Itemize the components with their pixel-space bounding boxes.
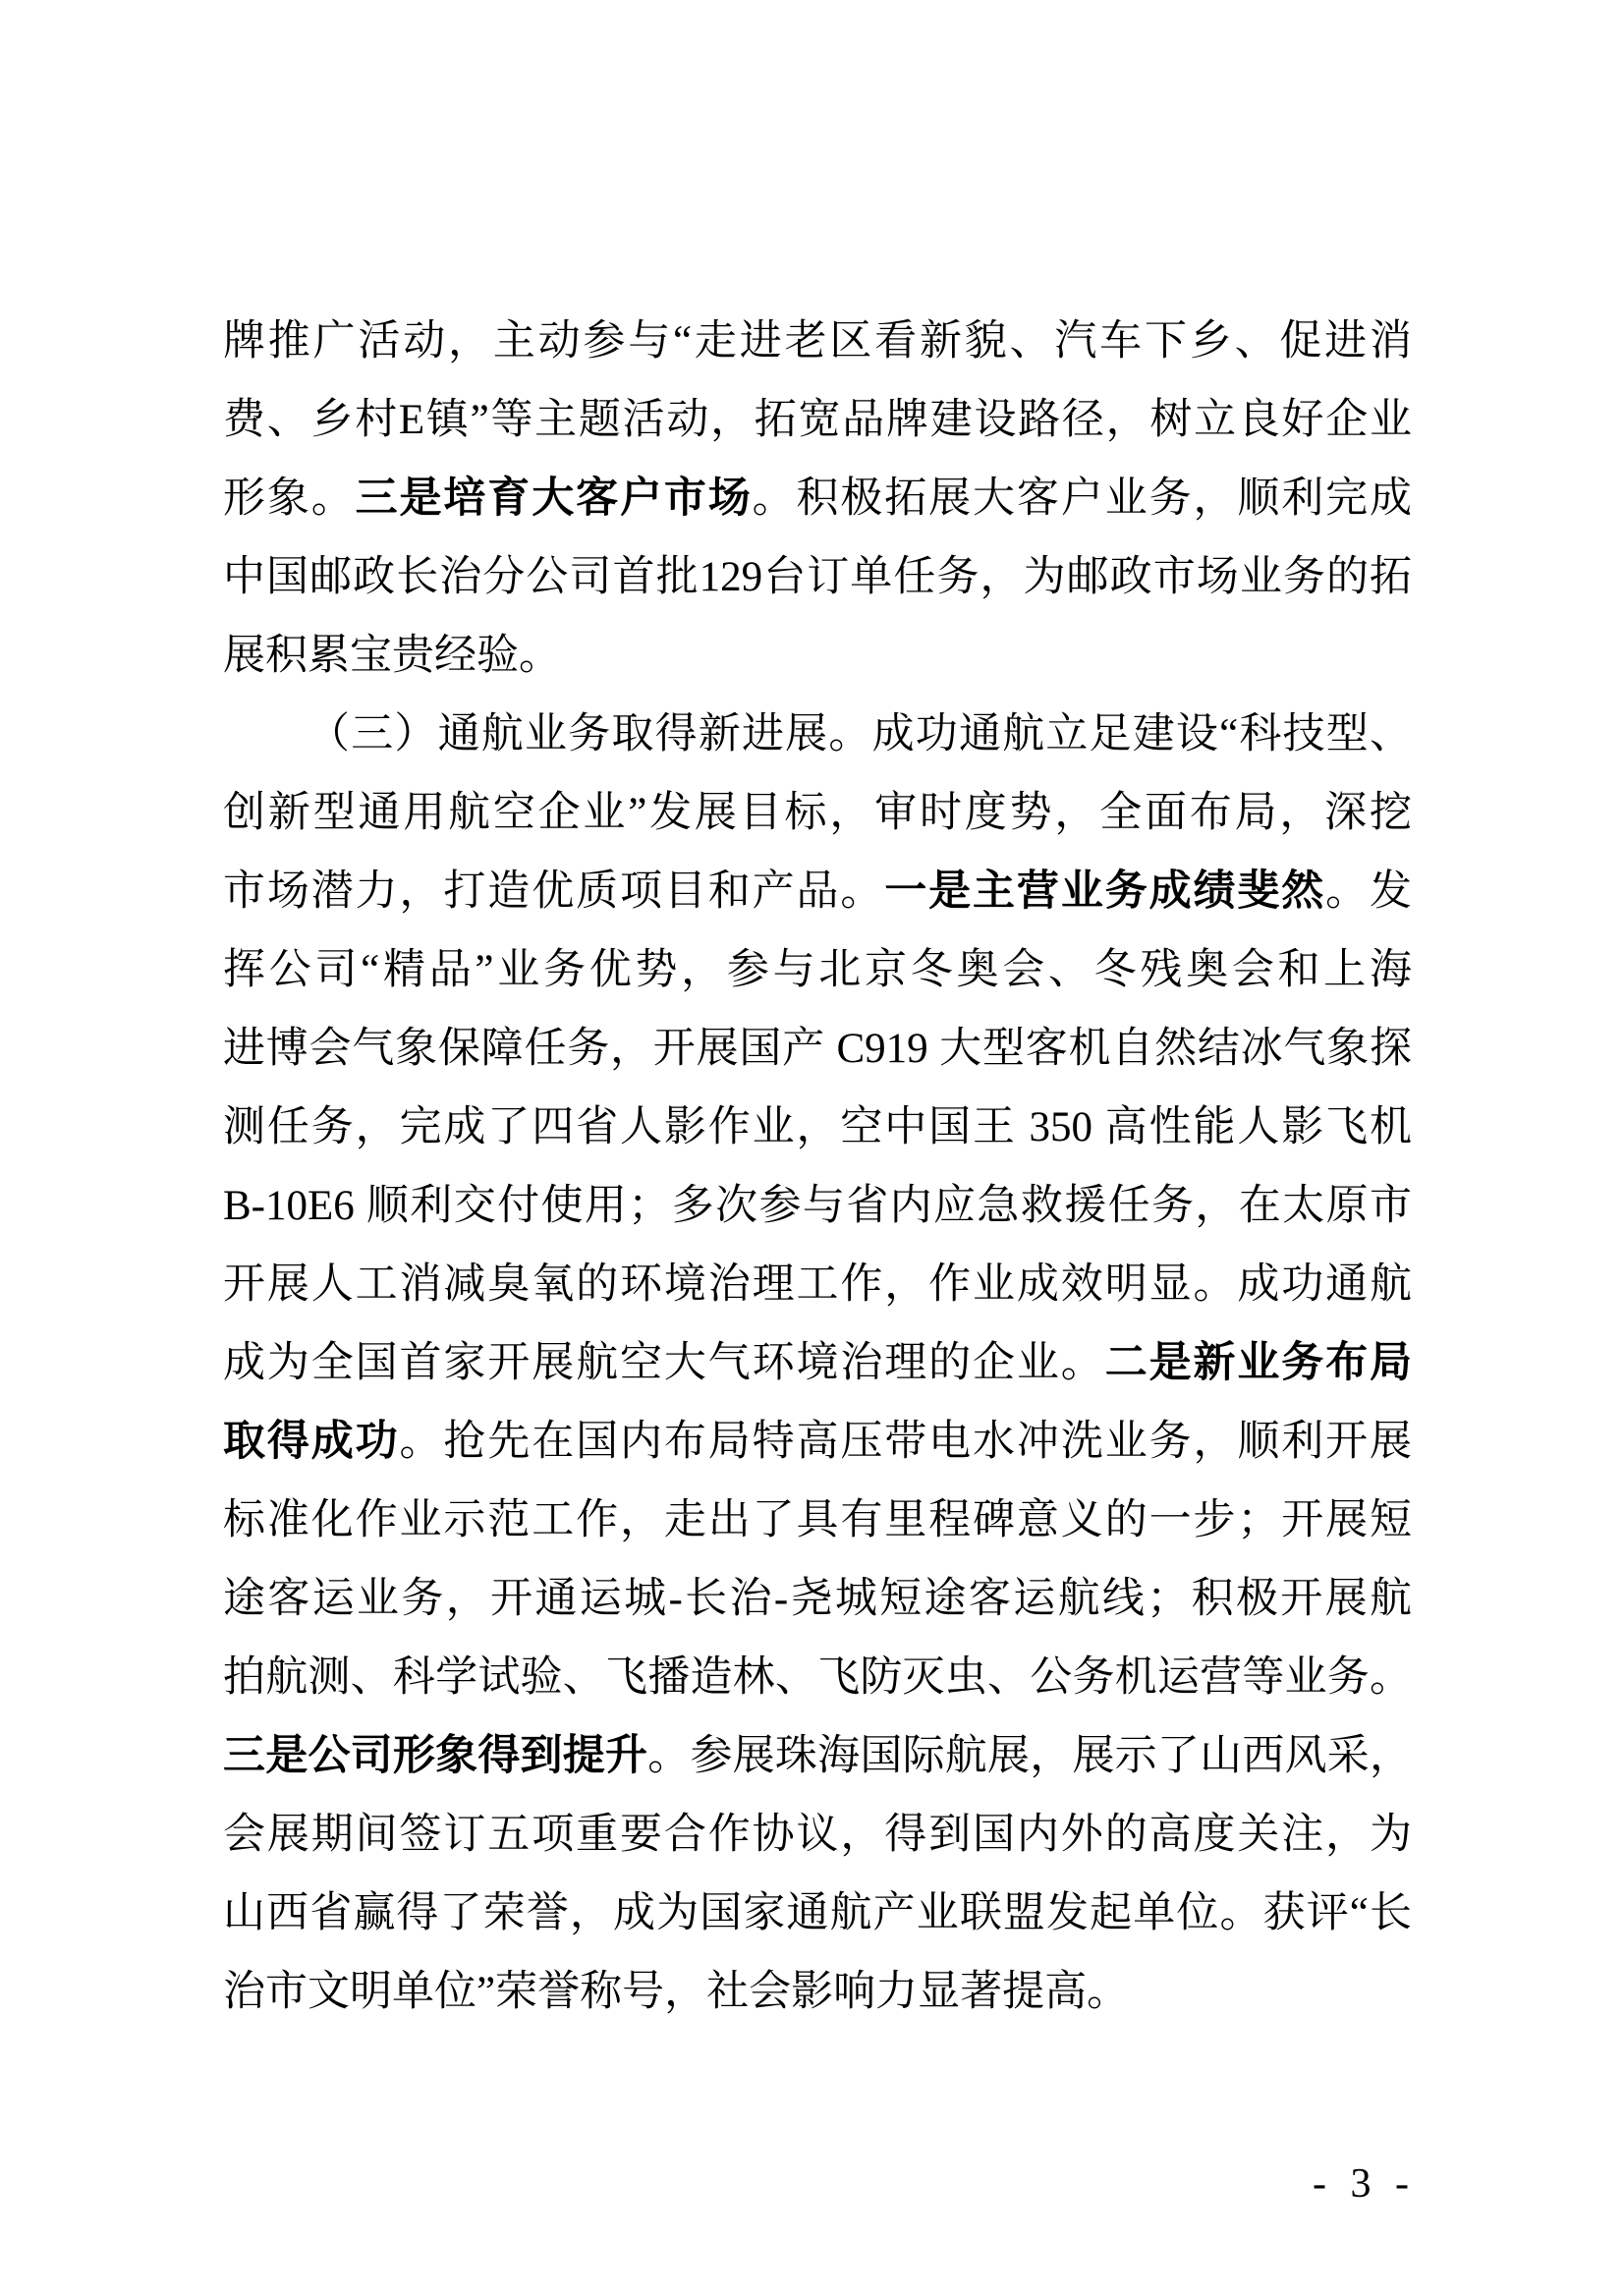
page-number: - 3 - — [1313, 2163, 1416, 2205]
body-text: 市场潜力，打造优质项目和产品。 — [223, 868, 884, 915]
body-text: 成为全国首家开展航空大气环境治理的企业。 — [223, 1340, 1105, 1386]
text-line: 展积累宝贵经验。 — [223, 617, 1412, 696]
body-text: 。抢先在国内布局特高压带电水冲洗业务，顺利开展 — [400, 1419, 1412, 1465]
text-line: 中国邮政长治分公司首批129台订单任务，为邮政市场业务的拓 — [223, 538, 1412, 617]
text-line: 山西省赢得了荣誉，成为国家通航产业联盟发起单位。获评“长 — [223, 1875, 1412, 1953]
body-text: 牌推广活动，主动参与“走进老区看新貌、汽车下乡、促进消 — [223, 318, 1412, 364]
bold-emphasis-text: 二是新业务布局 — [1105, 1340, 1412, 1386]
text-line: 成为全国首家开展航空大气环境治理的企业。二是新业务布局 — [223, 1324, 1412, 1403]
body-text: 进博会气象保障任务，开展国产 C919 大型客机自然结冰气象探 — [223, 1026, 1412, 1072]
body-text: 。发 — [1325, 868, 1412, 915]
text-line: 市场潜力，打造优质项目和产品。一是主营业务成绩斐然。发 — [223, 853, 1412, 931]
text-line: 会展期间签订五项重要合作协议，得到国内外的高度关注，为 — [223, 1796, 1412, 1875]
bold-emphasis-text: 取得成功 — [223, 1419, 400, 1465]
text-line: 进博会气象保障任务，开展国产 C919 大型客机自然结冰气象探 — [223, 1010, 1412, 1089]
body-text: 拍航测、科学试验、飞播造林、飞防灭虫、公务机运营等业务。 — [223, 1654, 1412, 1701]
text-line: 形象。三是培育大客户市场。积极拓展大客户业务，顺利完成 — [223, 460, 1412, 538]
body-text: 标准化作业示范工作，走出了具有里程碑意义的一步；开展短 — [223, 1497, 1412, 1543]
text-line: 牌推广活动，主动参与“走进老区看新貌、汽车下乡、促进消 — [223, 303, 1412, 381]
text-line: 途客运业务，开通运城-长治-尧城短途客运航线；积极开展航 — [223, 1560, 1412, 1639]
text-line: 三是公司形象得到提升。参展珠海国际航展，展示了山西风采， — [223, 1717, 1412, 1796]
body-text: 。参展珠海国际航展，展示了山西风采， — [647, 1733, 1412, 1779]
body-text: 创新型通用航空企业”发展目标，审时度势，全面布局，深挖 — [223, 790, 1412, 836]
body-text: 形象。 — [223, 476, 356, 522]
bold-emphasis-text: 一是主营业务成绩斐然 — [884, 868, 1325, 915]
text-line: 拍航测、科学试验、飞播造林、飞防灭虫、公务机运营等业务。 — [223, 1639, 1412, 1717]
text-line: 开展人工消减臭氧的环境治理工作，作业成效明显。成功通航 — [223, 1246, 1412, 1324]
body-text: 成功通航立足建设“科技型、 — [872, 711, 1412, 757]
text-line: 标准化作业示范工作，走出了具有里程碑意义的一步；开展短 — [223, 1482, 1412, 1560]
document-body: 牌推广活动，主动参与“走进老区看新貌、汽车下乡、促进消费、乡村E镇”等主题活动，… — [223, 303, 1412, 2032]
text-line: 测任务，完成了四省人影作业，空中国王 350 高性能人影飞机 — [223, 1089, 1412, 1167]
body-text: B-10E6 顺利交付使用；多次参与省内应急救援任务，在太原市 — [223, 1183, 1412, 1229]
body-text: 。积极拓展大客户业务，顺利完成 — [753, 476, 1412, 522]
text-line: B-10E6 顺利交付使用；多次参与省内应急救援任务，在太原市 — [223, 1167, 1412, 1246]
body-text: 展积累宝贵经验。 — [223, 633, 561, 679]
body-text: 山西省赢得了荣誉，成为国家通航产业联盟发起单位。获评“长 — [223, 1890, 1412, 1936]
text-line: （三）通航业务取得新进展。成功通航立足建设“科技型、 — [223, 696, 1412, 774]
bold-emphasis-text: 三是培育大客户市场 — [356, 476, 753, 522]
text-line: 挥公司“精品”业务优势，参与北京冬奥会、冬残奥会和上海 — [223, 931, 1412, 1010]
text-line: 创新型通用航空企业”发展目标，审时度势，全面布局，深挖 — [223, 774, 1412, 853]
text-line: 取得成功。抢先在国内布局特高压带电水冲洗业务，顺利开展 — [223, 1403, 1412, 1482]
body-text: 途客运业务，开通运城-长治-尧城短途客运航线；积极开展航 — [223, 1576, 1412, 1622]
body-text: 挥公司“精品”业务优势，参与北京冬奥会、冬残奥会和上海 — [223, 947, 1412, 993]
body-text: 治市文明单位”荣誉称号，社会影响力显著提高。 — [223, 1969, 1129, 2015]
body-text: 中国邮政长治分公司首批129台订单任务，为邮政市场业务的拓 — [223, 554, 1412, 600]
subheading-text: （三）通航业务取得新进展。 — [308, 711, 872, 757]
body-text: 开展人工消减臭氧的环境治理工作，作业成效明显。成功通航 — [223, 1261, 1412, 1308]
text-line: 费、乡村E镇”等主题活动，拓宽品牌建设路径，树立良好企业 — [223, 381, 1412, 460]
body-text: 测任务，完成了四省人影作业，空中国王 350 高性能人影飞机 — [223, 1104, 1412, 1150]
document-page: 牌推广活动，主动参与“走进老区看新貌、汽车下乡、促进消费、乡村E镇”等主题活动，… — [0, 0, 1624, 2296]
bold-emphasis-text: 三是公司形象得到提升 — [223, 1733, 647, 1779]
body-text: 会展期间签订五项重要合作协议，得到国内外的高度关注，为 — [223, 1812, 1412, 1858]
text-line: 治市文明单位”荣誉称号，社会影响力显著提高。 — [223, 1953, 1412, 2032]
body-text: 费、乡村E镇”等主题活动，拓宽品牌建设路径，树立良好企业 — [223, 397, 1412, 443]
